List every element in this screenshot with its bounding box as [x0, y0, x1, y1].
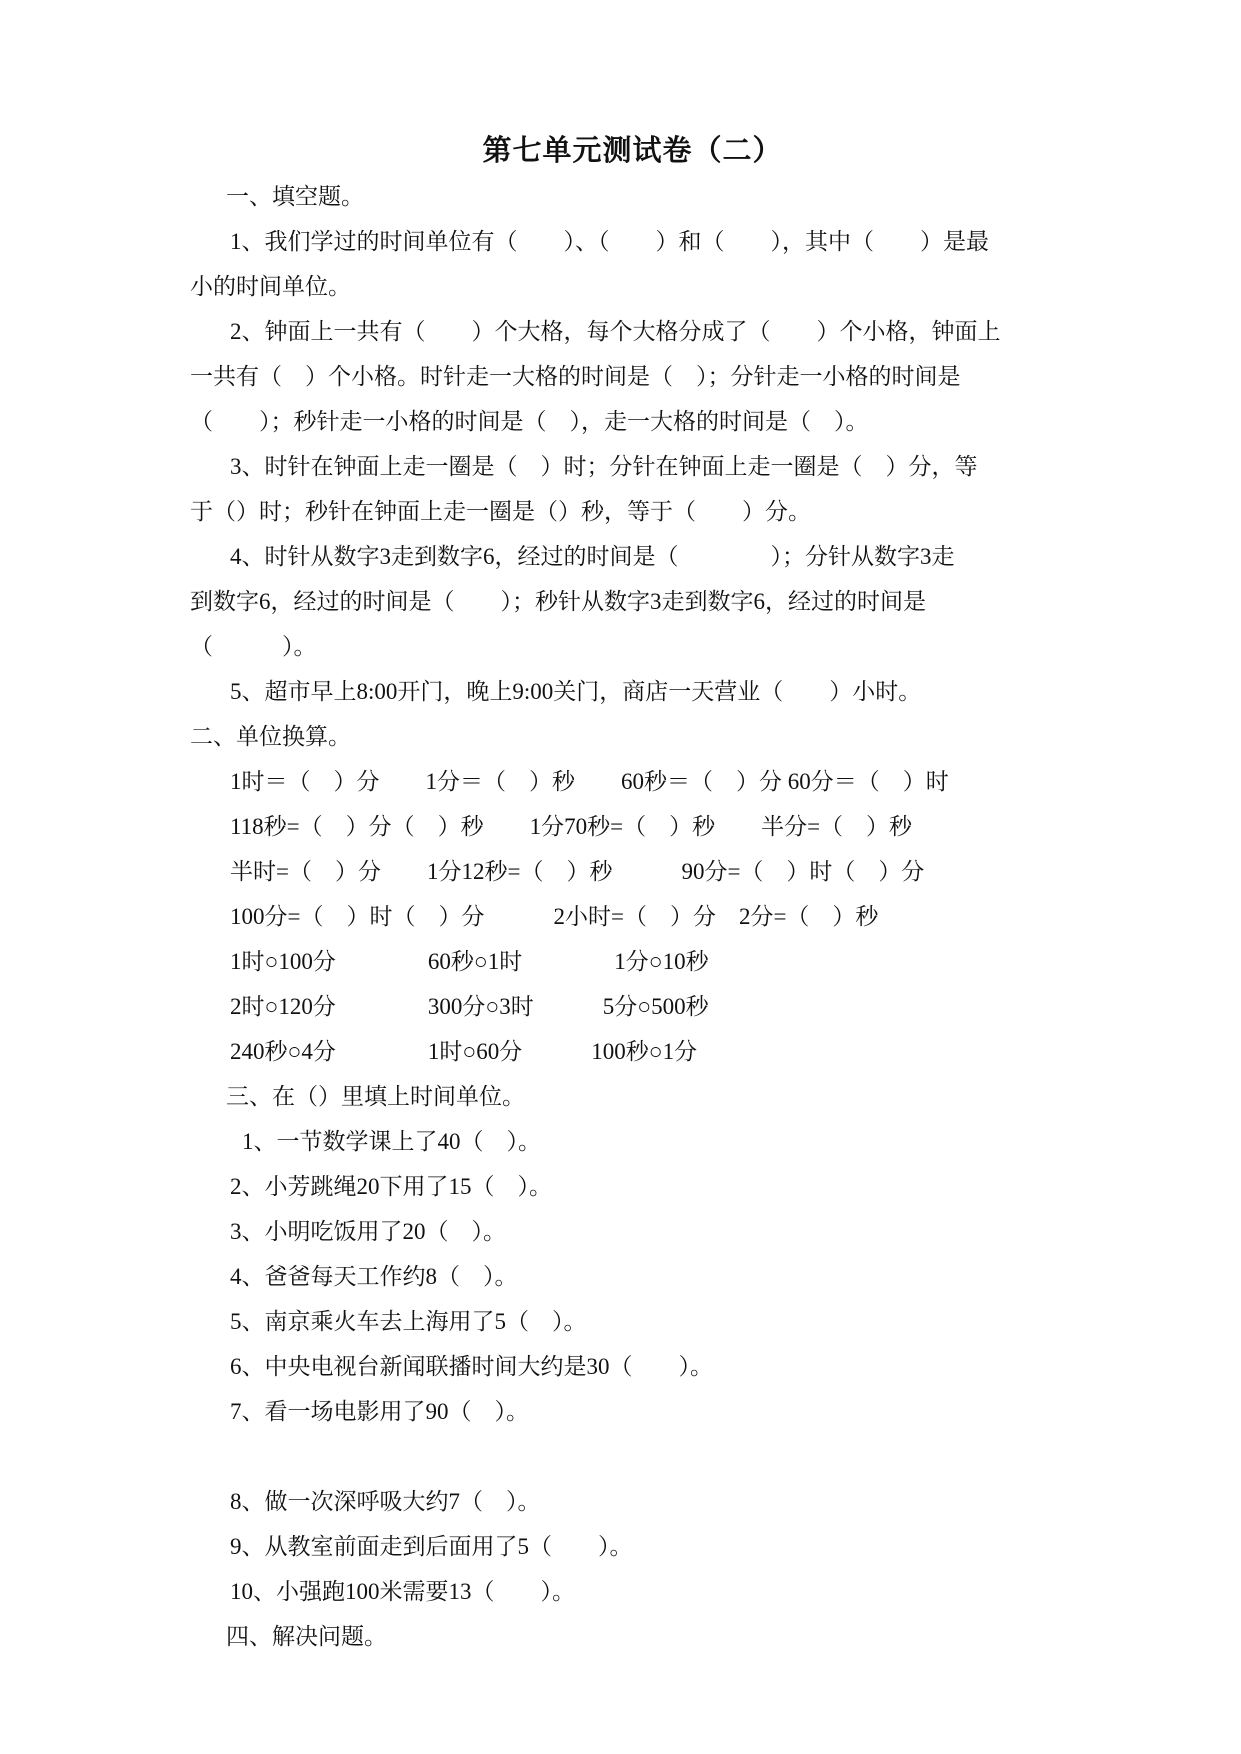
- section-1-heading: 一、填空题。: [190, 174, 1075, 219]
- comparison-row-2: 2时○120分 300分○3时 5分○500秒: [190, 984, 1075, 1029]
- blank-line: [190, 1434, 1075, 1479]
- fb-q5-line-1: 5、超市早上8:00开门，晚上9:00关门，商店一天营业（ ）小时。: [190, 669, 1075, 714]
- comparison-row-3: 240秒○4分 1时○60分 100秒○1分: [190, 1029, 1075, 1074]
- section-4-heading: 四、解决问题。: [190, 1614, 1075, 1659]
- tu-item-6: 6、中央电视台新闻联播时间大约是30（ ）。: [190, 1344, 1075, 1389]
- tu-item-10: 10、小强跑100米需要13（ ）。: [190, 1569, 1075, 1614]
- fb-q2-line-2: 一共有（ ）个小格。时针走一大格的时间是（ ）；分针走一小格的时间是: [190, 354, 1075, 399]
- section-3-heading: 三、在（）里填上时间单位。: [190, 1074, 1075, 1119]
- fb-q1-line-2: 小的时间单位。: [190, 264, 1075, 309]
- fb-q1-line-1: 1、我们学过的时间单位有（ ）、（ ）和（ ），其中（ ）是最: [190, 219, 1075, 264]
- conversion-row-1: 1时＝（ ）分 1分＝（ ）秒 60秒＝（ ）分 60分＝（ ）时: [190, 759, 1075, 804]
- test-paper: 第七单元测试卷（二） 一、填空题。 1、我们学过的时间单位有（ ）、（ ）和（ …: [190, 0, 1075, 1659]
- fb-q4-line-2: 到数字6，经过的时间是（ ）；秒针从数字3走到数字6，经过的时间是: [190, 579, 1075, 624]
- tu-item-8: 8、做一次深呼吸大约7（ ）。: [190, 1479, 1075, 1524]
- tu-item-4: 4、爸爸每天工作约8（ ）。: [190, 1254, 1075, 1299]
- tu-item-9: 9、从教室前面走到后面用了5（ ）。: [190, 1524, 1075, 1569]
- fb-q4-line-1: 4、时针从数字3走到数字6，经过的时间是（ ）；分针从数字3走: [190, 534, 1075, 579]
- fb-q2-line-3: （ ）；秒针走一小格的时间是（ ），走一大格的时间是（ ）。: [190, 399, 1075, 444]
- document-page: 第七单元测试卷（二） 一、填空题。 1、我们学过的时间单位有（ ）、（ ）和（ …: [0, 0, 1241, 1754]
- comparison-row-1: 1时○100分 60秒○1时 1分○10秒: [190, 939, 1075, 984]
- page-title: 第七单元测试卷（二）: [190, 0, 1075, 174]
- section-2-heading: 二、单位换算。: [190, 714, 1075, 759]
- conversion-row-2: 118秒=（ ）分（ ）秒 1分70秒=（ ）秒 半分=（ ）秒: [190, 804, 1075, 849]
- fb-q3-line-2: 于（）时；秒针在钟面上走一圈是（）秒，等于（ ）分。: [190, 489, 1075, 534]
- tu-item-5: 5、南京乘火车去上海用了5（ ）。: [190, 1299, 1075, 1344]
- fb-q4-line-3: （ ）。: [190, 624, 1075, 669]
- tu-item-3: 3、小明吃饭用了20（ ）。: [190, 1209, 1075, 1254]
- tu-item-1: 1、一节数学课上了40（ ）。: [190, 1119, 1075, 1164]
- conversion-row-4: 100分=（ ）时（ ）分 2小时=（ ）分 2分=（ ）秒: [190, 894, 1075, 939]
- tu-item-7: 7、看一场电影用了90（ ）。: [190, 1389, 1075, 1434]
- conversion-row-3: 半时=（ ）分 1分12秒=（ ）秒 90分=（ ）时（ ）分: [190, 849, 1075, 894]
- tu-item-2: 2、小芳跳绳20下用了15（ ）。: [190, 1164, 1075, 1209]
- fb-q3-line-1: 3、时针在钟面上走一圈是（ ）时；分针在钟面上走一圈是（ ）分，等: [190, 444, 1075, 489]
- fb-q2-line-1: 2、钟面上一共有（ ）个大格，每个大格分成了（ ）个小格，钟面上: [190, 309, 1075, 354]
